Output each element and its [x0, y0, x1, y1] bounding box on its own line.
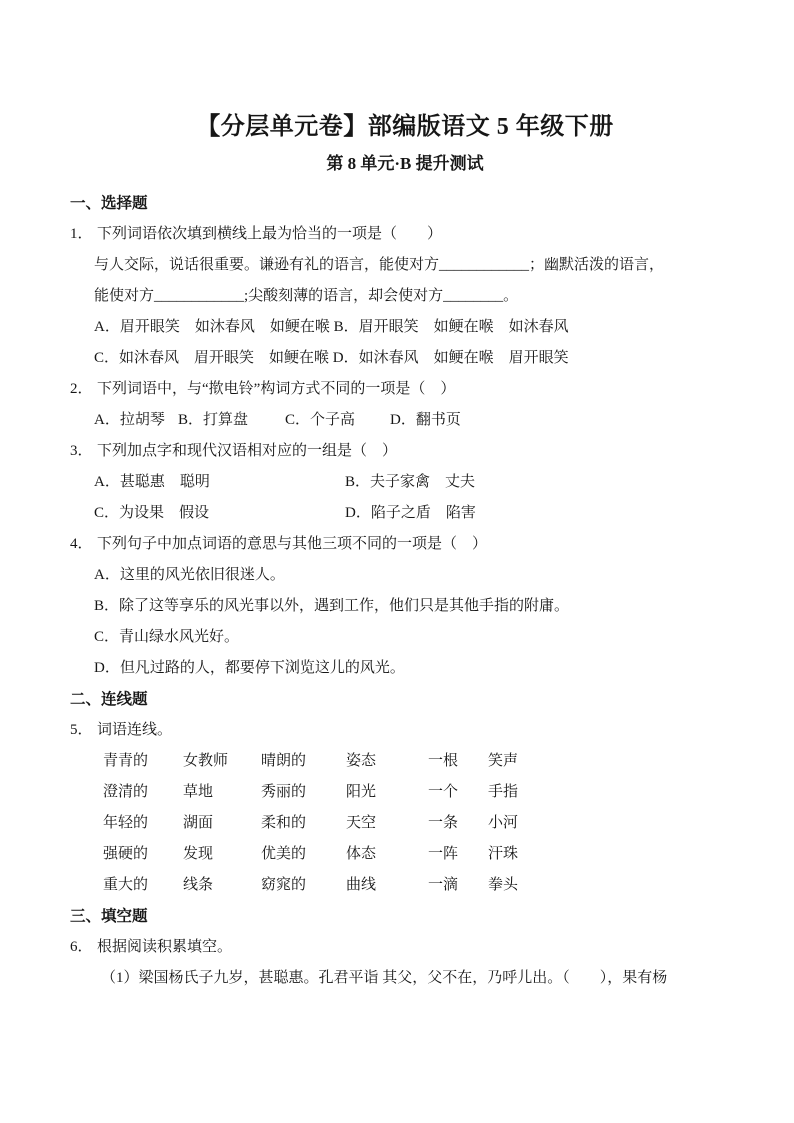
question-4-option-a: A．这里的风光依旧很迷人。	[70, 560, 740, 591]
matching-cell: 小河	[488, 808, 740, 839]
question-5-stem-text: 词语连线。	[97, 722, 172, 738]
matching-cell: 一个	[428, 777, 488, 808]
matching-row: 年轻的湖面柔和的天空一条小河	[70, 808, 740, 839]
matching-cell: 笑声	[488, 746, 740, 777]
matching-row: 青青的女教师晴朗的姿态一根笑声	[70, 746, 740, 777]
question-1-options-line-1: A．眉开眼笑 如沐春风 如鲠在喉 B．眉开眼笑 如鲠在喉 如沐春风	[70, 312, 740, 343]
matching-cell: 青青的	[103, 746, 183, 777]
matching-cell: 晴朗的	[261, 746, 346, 777]
question-1-stem: 1．下列词语依次填到横线上最为恰当的一项是（ ）	[70, 219, 740, 250]
question-4-stem: 4．下列句子中加点词语的意思与其他三项不同的一项是（ ）	[70, 529, 740, 560]
matching-cell: 曲线	[346, 870, 428, 901]
doc-subtitle: 第 8 单元·B 提升测试	[70, 146, 740, 182]
question-6-part-1: （1）梁国杨氏子九岁，甚聪惠。孔君平诣 其父，父不在，乃呼儿出。（ ），果有杨	[70, 963, 740, 994]
matching-cell: 湖面	[183, 808, 261, 839]
doc-body: 一、选择题 1．下列词语依次填到横线上最为恰当的一项是（ ） 与人交际，说话很重…	[70, 188, 740, 994]
question-2-option-c: C．个子高	[285, 405, 390, 436]
section-heading-fill-blank: 三、填空题	[70, 901, 740, 932]
matching-cell: 优美的	[261, 839, 346, 870]
matching-cell: 草地	[183, 777, 261, 808]
matching-cell: 强硬的	[103, 839, 183, 870]
question-3-option-c: C．为设果 假设	[94, 498, 345, 529]
matching-cell: 体态	[346, 839, 428, 870]
matching-cell: 拳头	[488, 870, 740, 901]
question-2-number: 2．	[70, 374, 97, 405]
question-3-stem-text: 下列加点字和现代汉语相对应的一组是（ ）	[97, 443, 397, 459]
matching-cell: 线条	[183, 870, 261, 901]
matching-cell: 柔和的	[261, 808, 346, 839]
matching-cell: 年轻的	[103, 808, 183, 839]
question-6-number: 6．	[70, 932, 97, 963]
matching-row: 重大的线条窈窕的曲线一滴拳头	[70, 870, 740, 901]
question-2-option-d: D．翻书页	[390, 405, 461, 436]
matching-cell: 发现	[183, 839, 261, 870]
question-4-number: 4．	[70, 529, 97, 560]
matching-cell: 女教师	[183, 746, 261, 777]
matching-row: 澄清的草地秀丽的阳光一个手指	[70, 777, 740, 808]
matching-row: 强硬的发现优美的体态一阵汗珠	[70, 839, 740, 870]
question-1-stem-text: 下列词语依次填到横线上最为恰当的一项是（ ）	[97, 226, 442, 242]
question-1-passage-line-2: 能使对方____________;尖酸刻薄的语言，却会使对方________。	[70, 281, 740, 312]
question-6-stem: 6．根据阅读积累填空。	[70, 932, 740, 963]
matching-cell: 汗珠	[488, 839, 740, 870]
question-1-options-line-2: C．如沐春风 眉开眼笑 如鲠在喉 D．如沐春风 如鲠在喉 眉开眼笑	[70, 343, 740, 374]
matching-cell: 一阵	[428, 839, 488, 870]
matching-cell: 一条	[428, 808, 488, 839]
question-4-option-c: C．青山绿水风光好。	[70, 622, 740, 653]
question-3-option-a: A．甚聪惠 聪明	[94, 467, 345, 498]
question-1-number: 1．	[70, 219, 97, 250]
doc-title: 【分层单元卷】部编版语文 5 年级下册	[70, 108, 740, 146]
matching-cell: 一根	[428, 746, 488, 777]
question-3-options-row-2: C．为设果 假设D．陷子之盾 陷害	[70, 498, 740, 529]
question-2-option-b: B．打算盘	[178, 405, 285, 436]
matching-cell: 手指	[488, 777, 740, 808]
question-3-option-d: D．陷子之盾 陷害	[345, 498, 476, 529]
question-4-option-d: D．但凡过路的人，都要停下浏览这儿的风光。	[70, 653, 740, 684]
question-2-option-a: A．拉胡琴	[94, 405, 178, 436]
matching-cell: 重大的	[103, 870, 183, 901]
question-3-options-row-1: A．甚聪惠 聪明B．夫子家禽 丈夫	[70, 467, 740, 498]
question-4-stem-text: 下列句子中加点词语的意思与其他三项不同的一项是（ ）	[97, 536, 487, 552]
question-1-passage-line-1: 与人交际，说话很重要。谦逊有礼的语言，能使对方____________；幽默活泼…	[70, 250, 740, 281]
document-page: 【分层单元卷】部编版语文 5 年级下册 第 8 单元·B 提升测试 一、选择题 …	[0, 0, 794, 1123]
question-2-stem: 2．下列词语中，与“揿电铃”构词方式不同的一项是（ ）	[70, 374, 740, 405]
matching-cell: 澄清的	[103, 777, 183, 808]
question-3-stem: 3．下列加点字和现代汉语相对应的一组是（ ）	[70, 436, 740, 467]
matching-cell: 窈窕的	[261, 870, 346, 901]
matching-cell: 姿态	[346, 746, 428, 777]
question-5-stem: 5．词语连线。	[70, 715, 740, 746]
section-heading-matching: 二、连线题	[70, 684, 740, 715]
matching-cell: 一滴	[428, 870, 488, 901]
section-heading-choice: 一、选择题	[70, 188, 740, 219]
question-6-stem-text: 根据阅读积累填空。	[97, 939, 232, 955]
question-5-number: 5．	[70, 715, 97, 746]
matching-cell: 天空	[346, 808, 428, 839]
question-2-stem-text: 下列词语中，与“揿电铃”构词方式不同的一项是（ ）	[97, 381, 455, 397]
question-4-option-b: B．除了这等享乐的风光事以外，遇到工作，他们只是其他手指的附庸。	[70, 591, 740, 622]
question-3-option-b: B．夫子家禽 丈夫	[345, 467, 475, 498]
question-3-number: 3．	[70, 436, 97, 467]
matching-cell: 阳光	[346, 777, 428, 808]
matching-cell: 秀丽的	[261, 777, 346, 808]
question-2-options: A．拉胡琴B．打算盘C．个子高D．翻书页	[70, 405, 740, 436]
